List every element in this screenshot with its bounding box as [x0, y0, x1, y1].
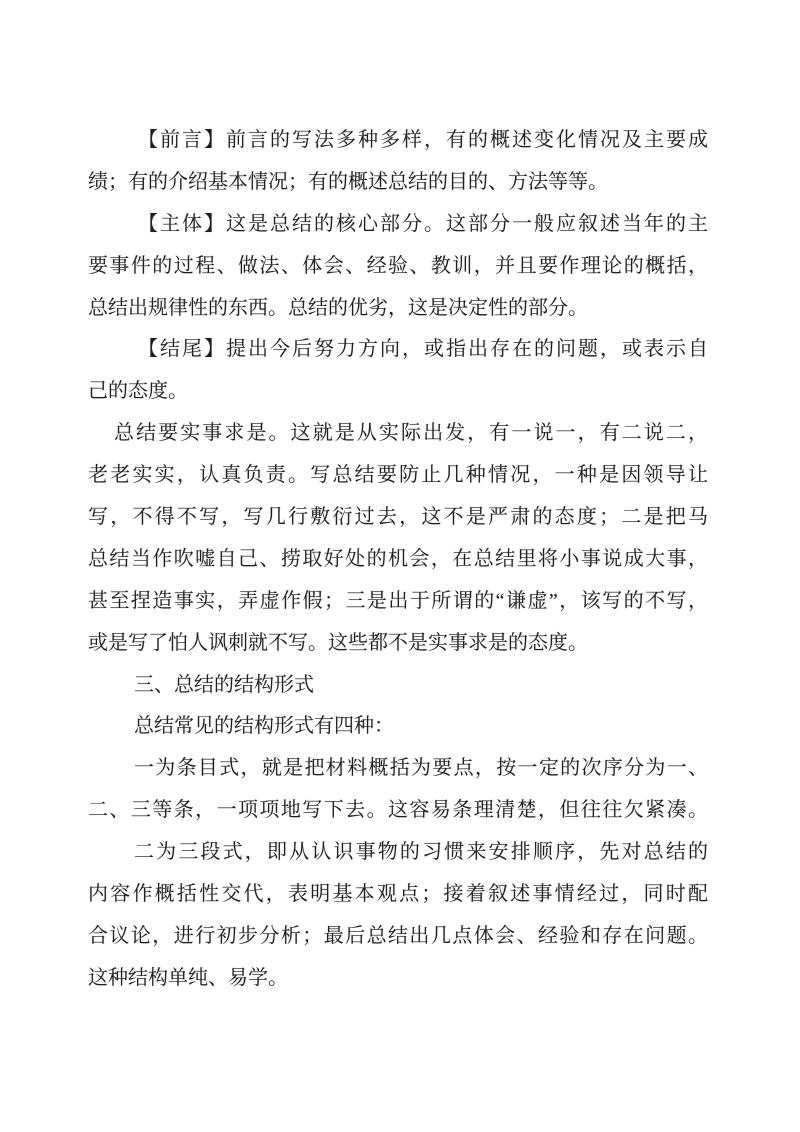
- paragraph: 三、总结的结构形式: [88, 665, 708, 707]
- document-page: 【前言】前言的写法多种多样，有的概述变化情况及主要成绩；有的介绍基本情况；有的概…: [0, 0, 800, 1132]
- paragraph: 一为条目式，就是把材料概括为要点，按一定的次序分为一、二、三等条，一项项地写下去…: [88, 748, 708, 832]
- paragraph: 【结尾】提出今后努力方向，或指出存在的问题，或表示自己的态度。: [88, 329, 708, 413]
- paragraph: 总结要实事求是。这就是从实际出发，有一说一，有二说二，老老实实，认真负责。写总结…: [88, 413, 708, 664]
- text-line: 二为三段式，即从认识事物的习惯来安排顺序，先对总结的: [88, 832, 708, 874]
- text-line: 【结尾】提出今后努力方向，或指出存在的问题，或表示自: [88, 329, 708, 371]
- text-line: 合议论，进行初步分析；最后总结出几点体会、经验和存在问题。: [88, 916, 708, 958]
- text-line: 或是写了怕人讽刺就不写。这些都不是实事求是的态度。: [88, 623, 708, 665]
- text-line: 写，不得不写，写几行敷衍过去，这不是严肃的态度；二是把马: [88, 497, 708, 539]
- text-line: 总结要实事求是。这就是从实际出发，有一说一，有二说二，: [88, 413, 708, 455]
- text-line: 总结出规律性的东西。总结的优劣，这是决定性的部分。: [88, 288, 708, 330]
- text-line: 这种结构单纯、易学。: [88, 958, 708, 1000]
- document-text: 【前言】前言的写法多种多样，有的概述变化情况及主要成绩；有的介绍基本情况；有的概…: [88, 120, 708, 1000]
- text-line: 二、三等条，一项项地写下去。这容易条理清楚，但往往欠紧凑。: [88, 790, 708, 832]
- text-line: 总结当作吹嘘自己、捞取好处的机会，在总结里将小事说成大事，: [88, 539, 708, 581]
- text-line: 【前言】前言的写法多种多样，有的概述变化情况及主要成: [88, 120, 708, 162]
- text-line: 一为条目式，就是把材料概括为要点，按一定的次序分为一、: [88, 748, 708, 790]
- paragraph: 二为三段式，即从认识事物的习惯来安排顺序，先对总结的内容作概括性交代，表明基本观…: [88, 832, 708, 1000]
- text-line: 三、总结的结构形式: [88, 665, 708, 707]
- text-line: 绩；有的介绍基本情况；有的概述总结的目的、方法等等。: [88, 162, 708, 204]
- text-line: 内容作概括性交代，表明基本观点；接着叙述事情经过，同时配: [88, 874, 708, 916]
- text-line: 【主体】这是总结的核心部分。这部分一般应叙述当年的主: [88, 204, 708, 246]
- paragraph: 【主体】这是总结的核心部分。这部分一般应叙述当年的主要事件的过程、做法、体会、经…: [88, 204, 708, 330]
- paragraph: 总结常见的结构形式有四种：: [88, 706, 708, 748]
- text-line: 老老实实，认真负责。写总结要防止几种情况，一种是因领导让: [88, 455, 708, 497]
- paragraph: 【前言】前言的写法多种多样，有的概述变化情况及主要成绩；有的介绍基本情况；有的概…: [88, 120, 708, 204]
- text-line: 要事件的过程、做法、体会、经验、教训，并且要作理论的概括，: [88, 246, 708, 288]
- text-line: 甚至捏造事实，弄虚作假；三是出于所谓的“谦虚”，该写的不写，: [88, 581, 708, 623]
- text-line: 总结常见的结构形式有四种：: [88, 706, 708, 748]
- text-line: 己的态度。: [88, 371, 708, 413]
